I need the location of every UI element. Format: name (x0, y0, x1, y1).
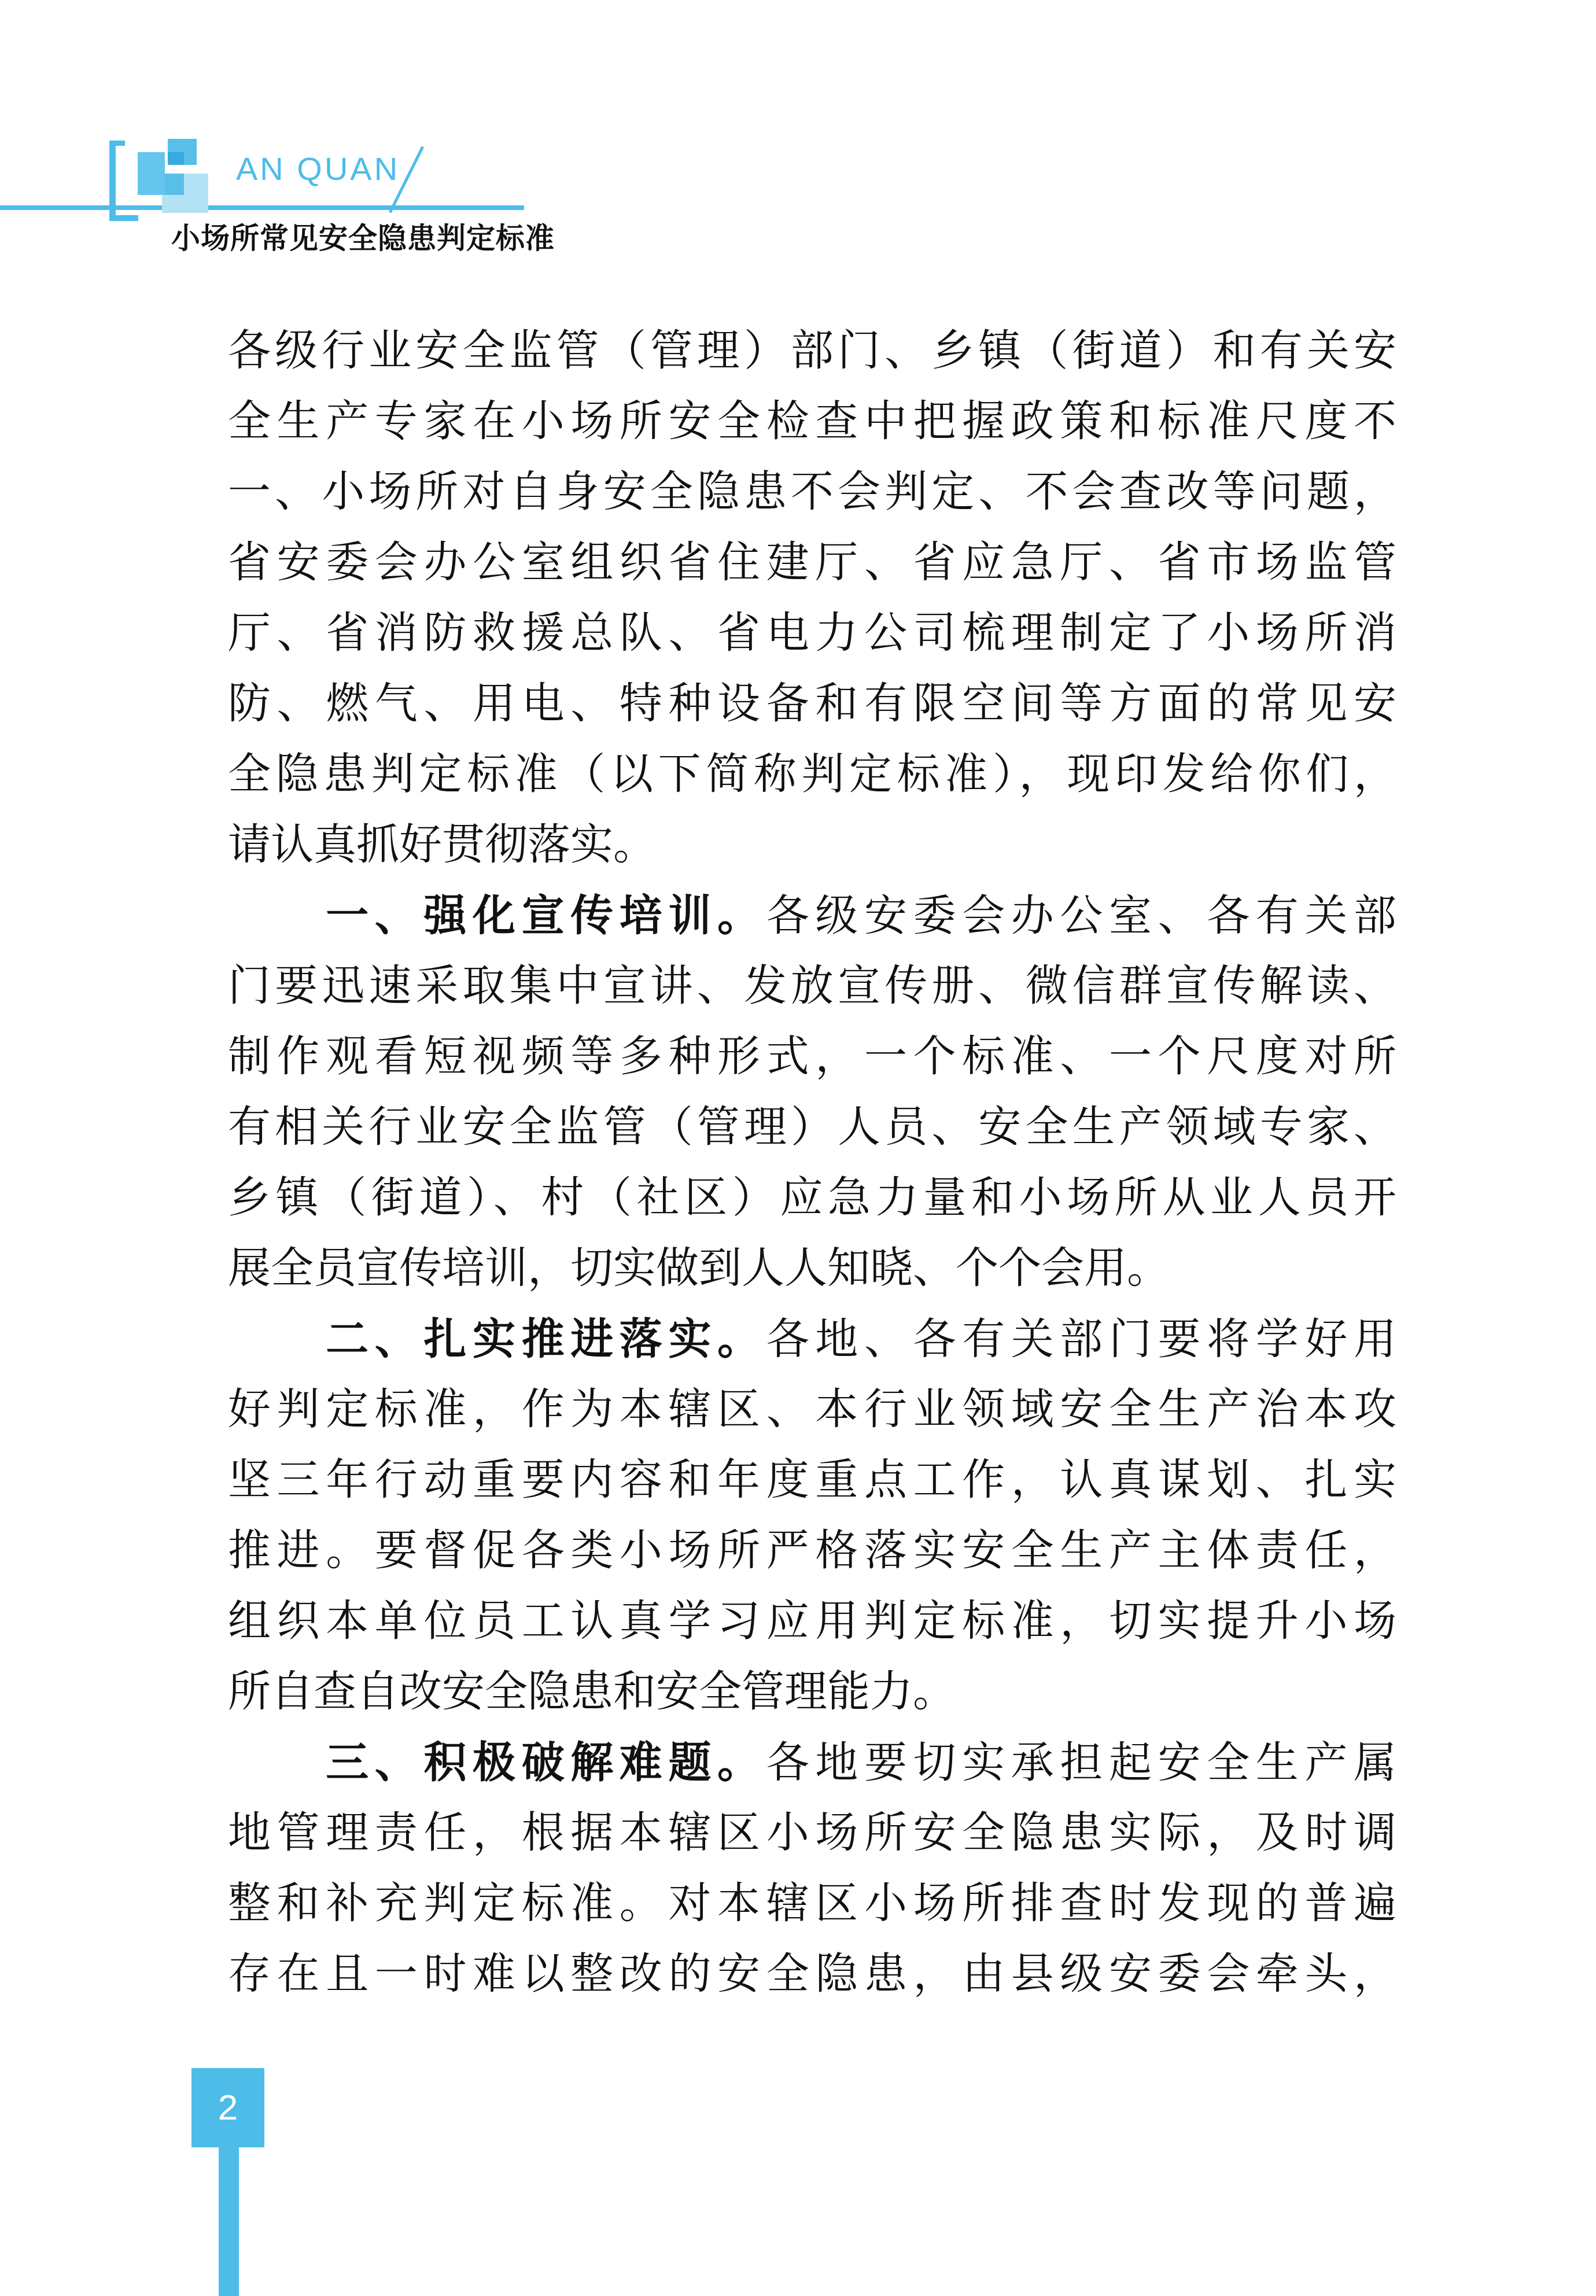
page-title: 小场所常见安全隐患判定标准 (171, 222, 555, 255)
bracket-icon-bottom-arm (109, 215, 138, 221)
body-text: 省安委会办公室组织省住建厅、省应急厅、省市场监管 (228, 539, 1396, 587)
body-text: 乡镇（街道）、村（社区）应急力量和小场所从业人员开 (228, 1174, 1396, 1222)
body-text: 展全员宣传培训，切实做到人人知晓、个个会用。 (228, 1245, 1170, 1292)
section-heading: 一、强化宣传培训。 (326, 891, 766, 939)
text-line: 各级行业安全监管（管理）部门、乡镇（街道）和有关安 (228, 316, 1396, 386)
body-text: 各地要切实承担起安全生产属 (766, 1739, 1396, 1787)
page-number-badge: 2 (191, 2068, 264, 2147)
body-text: 厅、省消防救援总队、省电力公司梳理制定了小场所消 (228, 610, 1396, 657)
text-line: 展全员宣传培训，切实做到人人知晓、个个会用。 (228, 1233, 1396, 1304)
header-divider-line (0, 205, 524, 210)
body-text: 各级安委会办公室、各有关部 (766, 893, 1396, 940)
text-line: 一、强化宣传培训。各级安委会办公室、各有关部 (228, 880, 1396, 951)
section-heading: 二、扎实推进落实。 (326, 1315, 766, 1363)
brand-text: AN QUAN (236, 153, 400, 185)
text-line: 二、扎实推进落实。各地、各有关部门要将学好用 (228, 1304, 1396, 1374)
page-number: 2 (218, 2087, 238, 2128)
paragraph-2: 一、强化宣传培训。各级安委会办公室、各有关部门要迅速采取集中宣讲、发放宣传册、微… (228, 880, 1396, 1304)
body-text: 坚三年行动重要内容和年度重点工作，认真谋划、扎实 (228, 1457, 1396, 1504)
body-text (228, 893, 326, 940)
body-text (228, 1316, 326, 1363)
text-line: 全生产专家在小场所安全检查中把握政策和标准尺度不 (228, 386, 1396, 457)
page-number-bar (219, 2147, 239, 2296)
body-text: 全生产专家在小场所安全检查中把握政策和标准尺度不 (228, 398, 1396, 445)
body-text: 存在且一时难以整改的安全隐患，由县级安委会牵头， (228, 1951, 1396, 1998)
text-line: 所自查自改安全隐患和安全管理能力。 (228, 1657, 1396, 1727)
body-text: 各级行业安全监管（管理）部门、乡镇（街道）和有关安 (228, 327, 1396, 375)
logo-square-left (138, 152, 165, 195)
bracket-icon (109, 141, 116, 221)
body-text: 组织本单位员工认真学习应用判定标准，切实提升小场 (228, 1598, 1396, 1645)
document-page: AN QUAN 小场所常见安全隐患判定标准 各级行业安全监管（管理）部门、乡镇（… (0, 0, 1596, 2296)
body-text: 全隐患判定标准（以下简称判定标准），现印发给你们， (228, 751, 1396, 798)
text-line: 乡镇（街道）、村（社区）应急力量和小场所从业人员开 (228, 1163, 1396, 1233)
body-text: 地管理责任，根据本辖区小场所安全隐患实际，及时调 (228, 1809, 1396, 1857)
body-text: 一、小场所对自身安全隐患不会判定、不会查改等问题， (228, 469, 1396, 516)
body-text: 推进。要督促各类小场所严格落实安全生产主体责任， (228, 1527, 1396, 1575)
text-line: 组织本单位员工认真学习应用判定标准，切实提升小场 (228, 1586, 1396, 1657)
text-line: 有相关行业安全监管（管理）人员、安全生产领域专家、 (228, 1092, 1396, 1163)
text-line: 好判定标准，作为本辖区、本行业领域安全生产治本攻 (228, 1374, 1396, 1445)
body-text: 好判定标准，作为本辖区、本行业领域安全生产治本攻 (228, 1386, 1396, 1433)
text-line: 请认真抓好贯彻落实。 (228, 810, 1396, 880)
body-text (228, 1739, 326, 1787)
text-line: 一、小场所对自身安全隐患不会判定、不会查改等问题， (228, 457, 1396, 528)
section-heading: 三、积极破解难题。 (326, 1738, 766, 1786)
logo-square-medium (162, 174, 184, 195)
logo-square-overlap (168, 152, 184, 165)
text-line: 门要迅速采取集中宣讲、发放宣传册、微信群宣传解读、 (228, 951, 1396, 1022)
paragraph-4: 三、积极破解难题。各地要切实承担起安全生产属地管理责任，根据本辖区小场所安全隐患… (228, 1727, 1396, 2010)
body-text: 各地、各有关部门要将学好用 (766, 1316, 1396, 1363)
text-line: 三、积极破解难题。各地要切实承担起安全生产属 (228, 1727, 1396, 1798)
text-line: 防、燃气、用电、特种设备和有限空间等方面的常见安 (228, 669, 1396, 739)
body-text: 有相关行业安全监管（管理）人员、安全生产领域专家、 (228, 1104, 1396, 1151)
text-line: 存在且一时难以整改的安全隐患，由县级安委会牵头， (228, 1939, 1396, 2010)
document-body: 各级行业安全监管（管理）部门、乡镇（街道）和有关安全生产专家在小场所安全检查中把… (228, 316, 1396, 2010)
body-text: 门要迅速采取集中宣讲、发放宣传册、微信群宣传解读、 (228, 963, 1396, 1010)
body-text: 制作观看短视频等多种形式，一个标准、一个尺度对所 (228, 1033, 1396, 1081)
body-text: 请认真抓好贯彻落实。 (228, 821, 656, 869)
text-line: 全隐患判定标准（以下简称判定标准），现印发给你们， (228, 739, 1396, 810)
body-text: 防、燃气、用电、特种设备和有限空间等方面的常见安 (228, 680, 1396, 728)
text-line: 制作观看短视频等多种形式，一个标准、一个尺度对所 (228, 1022, 1396, 1092)
text-line: 厅、省消防救援总队、省电力公司梳理制定了小场所消 (228, 598, 1396, 669)
text-line: 地管理责任，根据本辖区小场所安全隐患实际，及时调 (228, 1798, 1396, 1869)
text-line: 坚三年行动重要内容和年度重点工作，认真谋划、扎实 (228, 1445, 1396, 1516)
paragraph-3: 二、扎实推进落实。各地、各有关部门要将学好用好判定标准，作为本辖区、本行业领域安… (228, 1304, 1396, 1727)
body-text: 整和补充判定标准。对本辖区小场所排查时发现的普遍 (228, 1880, 1396, 1928)
paragraph-1: 各级行业安全监管（管理）部门、乡镇（街道）和有关安全生产专家在小场所安全检查中把… (228, 316, 1396, 880)
text-line: 整和补充判定标准。对本辖区小场所排查时发现的普遍 (228, 1869, 1396, 1939)
bracket-icon-top-arm (109, 141, 125, 146)
text-line: 省安委会办公室组织省住建厅、省应急厅、省市场监管 (228, 528, 1396, 598)
text-line: 推进。要督促各类小场所严格落实安全生产主体责任， (228, 1516, 1396, 1586)
body-text: 所自查自改安全隐患和安全管理能力。 (228, 1668, 956, 1716)
